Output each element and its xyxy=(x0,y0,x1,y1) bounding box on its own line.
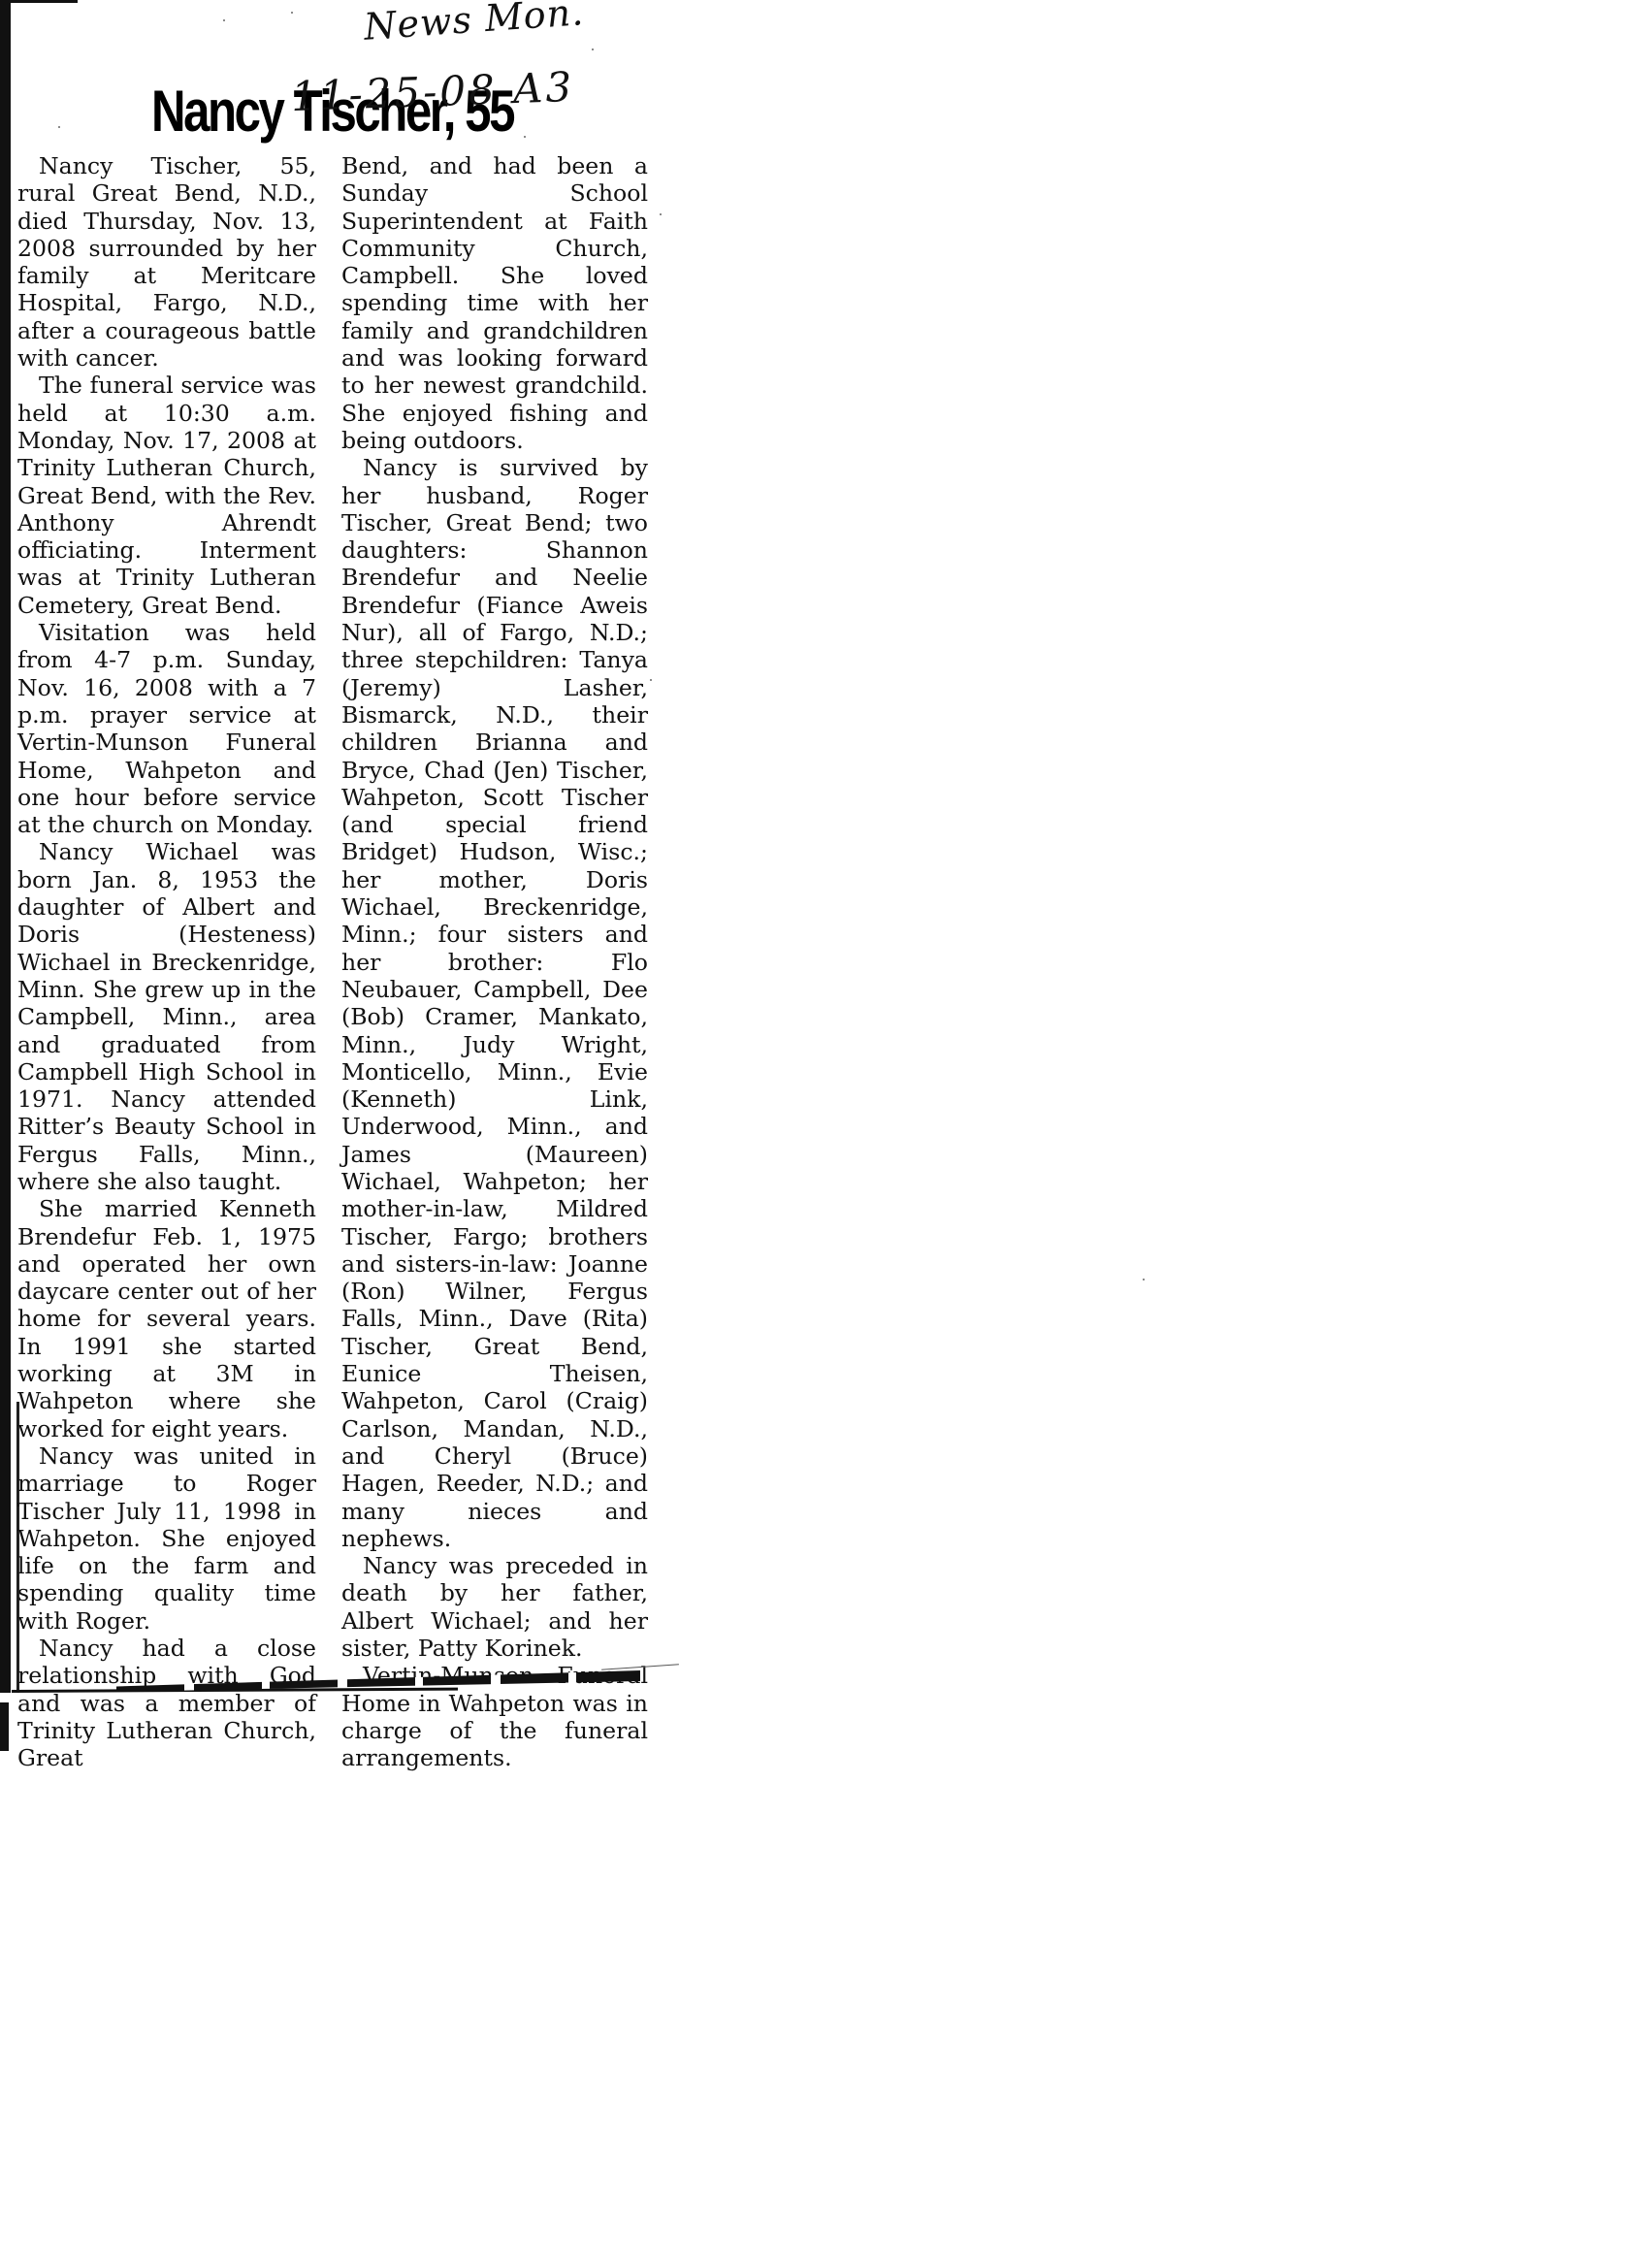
scan-edge-mark xyxy=(0,1702,9,1751)
handwritten-source-note: News Mon. xyxy=(363,0,586,49)
scan-speck xyxy=(660,213,662,215)
paragraph: She married Kenneth Brendefur Feb. 1, 19… xyxy=(17,1195,316,1442)
scanned-clipping-page: News Mon. Nancy Tischer, 55 11-25-08 A3 … xyxy=(0,0,1649,2268)
scan-speck xyxy=(1143,1279,1145,1280)
clipping-top-edge xyxy=(0,0,78,3)
scan-speck xyxy=(592,49,594,50)
paragraph-survivors: Nancy is survived by her husband, Roger … xyxy=(341,454,648,1552)
paragraph: Nancy was united in marriage to Roger Ti… xyxy=(17,1442,316,1635)
scan-speck xyxy=(650,679,652,681)
paragraph-continued: Bend, and had been a Sunday School Super… xyxy=(341,152,648,454)
scan-speck xyxy=(291,12,293,14)
clipping-left-border xyxy=(0,0,11,1693)
scan-speck xyxy=(524,136,526,138)
paragraph: Nancy Wichael was born Jan. 8, 1953 the … xyxy=(17,838,316,1195)
paragraph: Nancy Tischer, 55, rural Great Bend, N.D… xyxy=(17,152,316,372)
text-column-right: Bend, and had been a Sunday School Super… xyxy=(341,152,648,1772)
handwritten-date-page-note: 11-25-08 A3 xyxy=(290,63,575,120)
scan-speck xyxy=(223,19,225,21)
paragraph: Nancy was preceded in death by her fathe… xyxy=(341,1552,648,1662)
scan-speck xyxy=(58,126,60,128)
paragraph: The funeral service was held at 10:30 a.… xyxy=(17,372,316,619)
text-column-left: Nancy Tischer, 55, rural Great Bend, N.D… xyxy=(17,152,316,1772)
paragraph: Nancy had a close relationship with God … xyxy=(17,1635,316,1771)
paragraph: Visitation was held from 4-7 p.m. Sunday… xyxy=(17,619,316,838)
